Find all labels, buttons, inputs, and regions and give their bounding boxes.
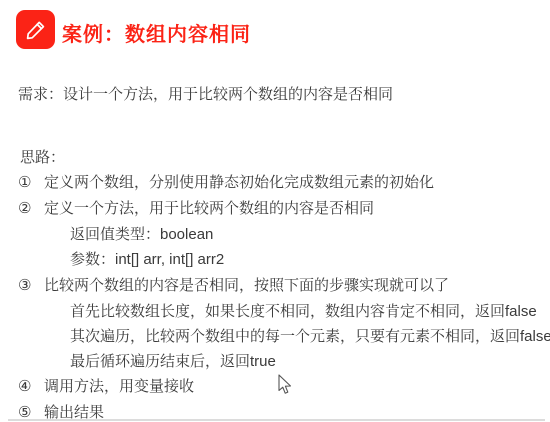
step-2-number: ②	[18, 199, 44, 219]
step-3-text: 比较两个数组的内容是否相同，按照下面的步骤实现就可以了	[44, 276, 449, 296]
step-4-number: ④	[18, 377, 44, 397]
step-4: ④ 调用方法，用变量接收	[18, 377, 194, 397]
step-1-number: ①	[18, 173, 44, 193]
step-3-detail-length: 首先比较数组长度，如果长度不相同，数组内容肯定不相同，返回false	[70, 302, 537, 322]
step-1: ① 定义两个数组，分别使用静态初始化完成数组元素的初始化	[18, 173, 434, 193]
step-3: ③ 比较两个数组的内容是否相同，按照下面的步骤实现就可以了	[18, 276, 449, 296]
step-3-detail-return-true: 最后循环遍历结束后，返回true	[70, 352, 276, 372]
approach-label: 思路：	[20, 148, 65, 168]
bottom-cutoff-line	[8, 419, 545, 421]
pencil-icon	[16, 10, 55, 49]
step-4-text: 调用方法，用变量接收	[44, 377, 194, 397]
step-2-detail-return-type: 返回值类型：boolean	[70, 225, 213, 245]
step-3-detail-elements: 其次遍历，比较两个数组中的每一个元素，只要有元素不相同，返回false	[70, 327, 550, 347]
step-1-text: 定义两个数组，分别使用静态初始化完成数组元素的初始化	[44, 173, 434, 193]
mouse-cursor-icon	[278, 374, 294, 401]
step-2-detail-params: 参数：int[] arr, int[] arr2	[70, 250, 224, 270]
step-2-text: 定义一个方法，用于比较两个数组的内容是否相同	[44, 199, 374, 219]
requirement-text: 需求：设计一个方法，用于比较两个数组的内容是否相同	[18, 85, 393, 105]
notes-page: 案例：数组内容相同 需求：设计一个方法，用于比较两个数组的内容是否相同 思路： …	[0, 0, 550, 422]
page-title: 案例：数组内容相同	[62, 18, 251, 47]
step-2: ② 定义一个方法，用于比较两个数组的内容是否相同	[18, 199, 374, 219]
step-3-number: ③	[18, 276, 44, 296]
